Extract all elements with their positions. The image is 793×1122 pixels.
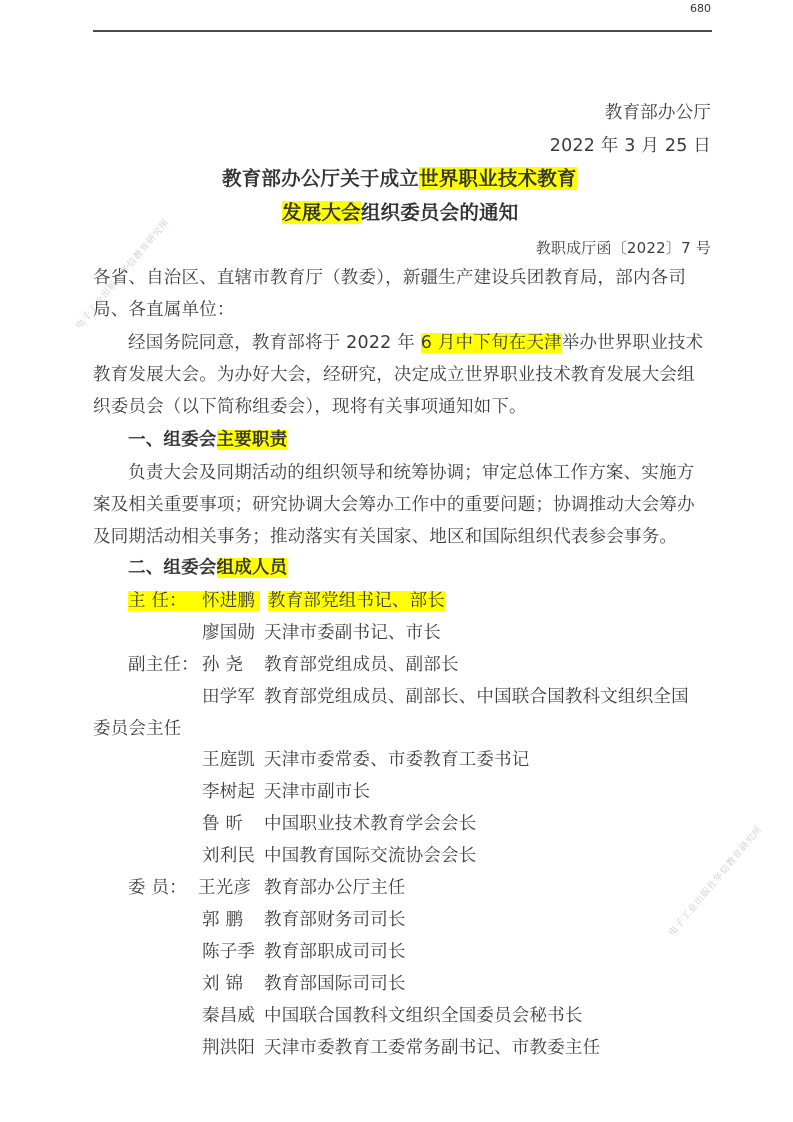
member-row: 刘 锦教育部国际司司长 (128, 972, 406, 996)
title-line2-plain: 组织委员会的通知 (361, 201, 519, 224)
member-row: 刘利民中国教育国际交流协会会长 (128, 844, 476, 868)
member-row: 秦昌威中国联合国教科文组织全国委员会秘书长 (128, 1004, 583, 1028)
title-line2-highlight: 发展大会 (282, 201, 361, 224)
section2-heading: 二、组委会组成人员 (128, 556, 287, 580)
member-row: 荆洪阳天津市委教育工委常务副书记、市教委主任 (128, 1036, 600, 1060)
title-line1-highlight: 世界职业技术教育 (419, 167, 577, 190)
watermark-right: 电子工业出版社华信教育研究所 (665, 822, 765, 938)
member-row: 主 任：怀进鹏教育部党组书记、部长 (128, 589, 445, 613)
title-line1-plain: 教育部办公厅关于成立 (222, 167, 419, 190)
member-row: 王庭凯天津市委常委、市委教育工委书记 (128, 748, 530, 772)
member-row: 陈子季教育部职成司司长 (128, 940, 406, 964)
issuer: 教育部办公厅 (605, 101, 711, 125)
page-number: 680 (690, 2, 711, 15)
intro-highlight: 6 月中下旬在天津 (421, 333, 562, 353)
member-row: 副主任：孙 尧教育部党组成员、副部长 (128, 653, 459, 677)
section1-heading: 一、组委会主要职责 (128, 428, 287, 452)
date: 2022 年 3 月 25 日 (550, 134, 711, 158)
header-rule (93, 30, 712, 32)
member-row: 李树起天津市副市长 (128, 780, 370, 804)
member-row: 廖国勋天津市委副书记、市长 (128, 621, 441, 645)
addressees-line2: 局、各直属单位： (93, 298, 235, 322)
member-row-continuation: 委员会主任 (93, 717, 182, 741)
member-row: 鲁 昕中国职业技术教育学会会长 (128, 812, 476, 836)
addressees-line1: 各省、自治区、直辖市教育厅（教委），新疆生产建设兵团教育局，部内各司 (93, 266, 686, 290)
member-row: 郭 鹏教育部财务司司长 (128, 908, 406, 932)
doc-number: 教职成厅函〔2022〕7 号 (536, 236, 711, 260)
member-row: 田学军教育部党组成员、副部长、中国联合国教科文组织全国 (128, 685, 689, 709)
member-row: 委 员：王光彦教育部办公厅主任 (128, 876, 406, 900)
